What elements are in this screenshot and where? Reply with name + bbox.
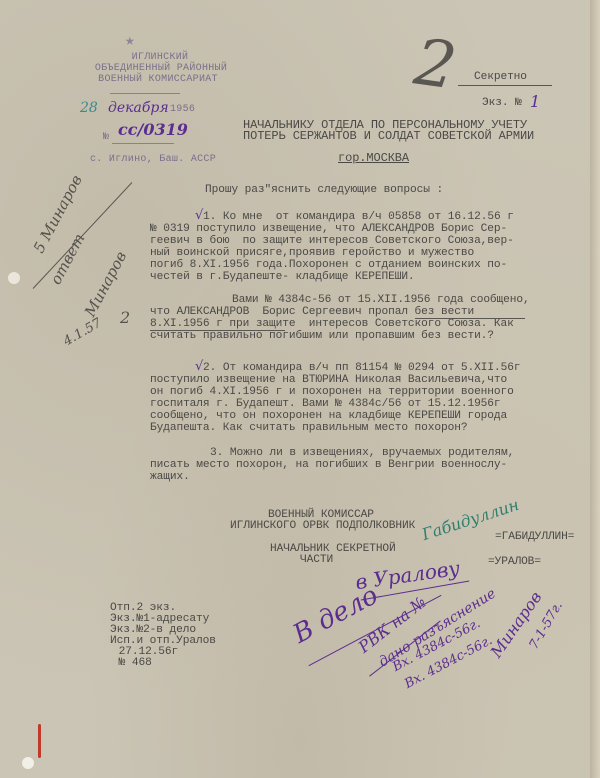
item-1-followup-line: считать правильно погибшим или пропавшим…	[150, 331, 494, 343]
stamp-divider	[110, 93, 180, 94]
addressee-line-2: ПОТЕРЬ СЕРЖАНТОВ И СОЛДАТ СОВЕТСКОЙ АРМИ…	[243, 131, 534, 143]
item-3-line: 3. Можно ли в извещениях, вручаемых роди…	[210, 448, 514, 460]
underline-missing-2	[150, 330, 285, 331]
item-1-line: геевич в бою по защите интересов Советск…	[150, 236, 514, 248]
item-2-line: поступило извещение на ВТЮРИНА Николая В…	[150, 375, 507, 387]
item-1-line: ный воинской присяге,проявив геройство и…	[150, 248, 474, 260]
stamp-number-label: №	[103, 132, 109, 143]
footer-line: № 468	[112, 658, 152, 670]
stamp-line-1: ИГЛИНСКИЙ	[60, 52, 260, 63]
copy-label: Экз. №	[482, 98, 522, 110]
stamp-date-day: 28	[80, 100, 98, 116]
item-2-line: сообщено, что он похоронен на кладбище К…	[150, 411, 507, 423]
item-1-followup-line: что АЛЕКСАНДРОВ Борис Сергеевич пропал б…	[150, 307, 474, 319]
copy-value: 1	[530, 92, 540, 111]
item-1-line: честей в г.Будапеште- кладбище КЕРЕПЕШИ.	[150, 272, 415, 284]
stamp-date-month: декабря	[108, 100, 169, 116]
item-2-line: 2. От командира в/ч пп 81154 № 0294 от 5…	[203, 363, 520, 375]
stamp-number-value: сс/0319	[118, 120, 188, 139]
secret-title-2: ЧАСТИ	[300, 555, 333, 567]
addressee-city: гор.МОСКВА	[338, 153, 409, 165]
item-1-followup-line: Вами № 4384с-56 от 15.XII.1956 года сооб…	[232, 295, 530, 307]
classification-label: Секретно	[474, 72, 527, 84]
item-1-line: 1. Ко мне от командира в/ч 05858 от 16.1…	[203, 212, 514, 224]
punch-hole	[22, 757, 34, 769]
secret-name: =УРАЛОВ=	[488, 557, 541, 569]
body-intro: Прошу раз"яснить следующие вопросы :	[205, 185, 443, 197]
stamp-number-underline	[112, 143, 174, 144]
paper-edge	[590, 0, 600, 778]
item-3-line: жащих.	[150, 472, 190, 484]
item-2-line: он погиб 4.XI.1956 г и похоронен на терр…	[150, 387, 514, 399]
pencil-note-mark: 2	[120, 308, 130, 327]
item-3-line: писать место похорон, на погибших в Венг…	[150, 460, 507, 472]
stamp-line-3: ВОЕННЫЙ КОМИССАРИАТ	[58, 74, 258, 85]
classification-underline	[458, 85, 552, 86]
item-1-line: погиб 8.XI.1956 года.Похоронен с отдание…	[150, 260, 507, 272]
stamp-star-icon: ★	[125, 30, 135, 50]
item-2-line: Будапешта. Как считать правильным место …	[150, 423, 467, 435]
item-2-line: госпиталя г. Будапешт. Вами № 4384с/56 о…	[150, 399, 501, 411]
punch-hole-top	[8, 272, 20, 284]
commissar-name: =ГАБИДУЛЛИН=	[495, 532, 574, 544]
item-1-followup-line: 8.XI.1956 г при защите интересов Советск…	[150, 319, 514, 331]
underline-missing	[415, 318, 525, 319]
commissar-title-2: ИГЛИНСКОГО ОРВК ПОДПОЛКОВНИК	[230, 521, 415, 533]
stamp-line-2: ОБЪЕДИНЕННЫЙ РАЙОННЫЙ	[56, 63, 266, 74]
stamp-location: с. Иглино, Баш. АССР	[90, 154, 216, 165]
item-1-line: № 0319 поступило извещение, что АЛЕКСАНД…	[150, 224, 507, 236]
red-margin-mark	[38, 724, 41, 758]
stamp-date-year: 1956	[170, 104, 195, 115]
